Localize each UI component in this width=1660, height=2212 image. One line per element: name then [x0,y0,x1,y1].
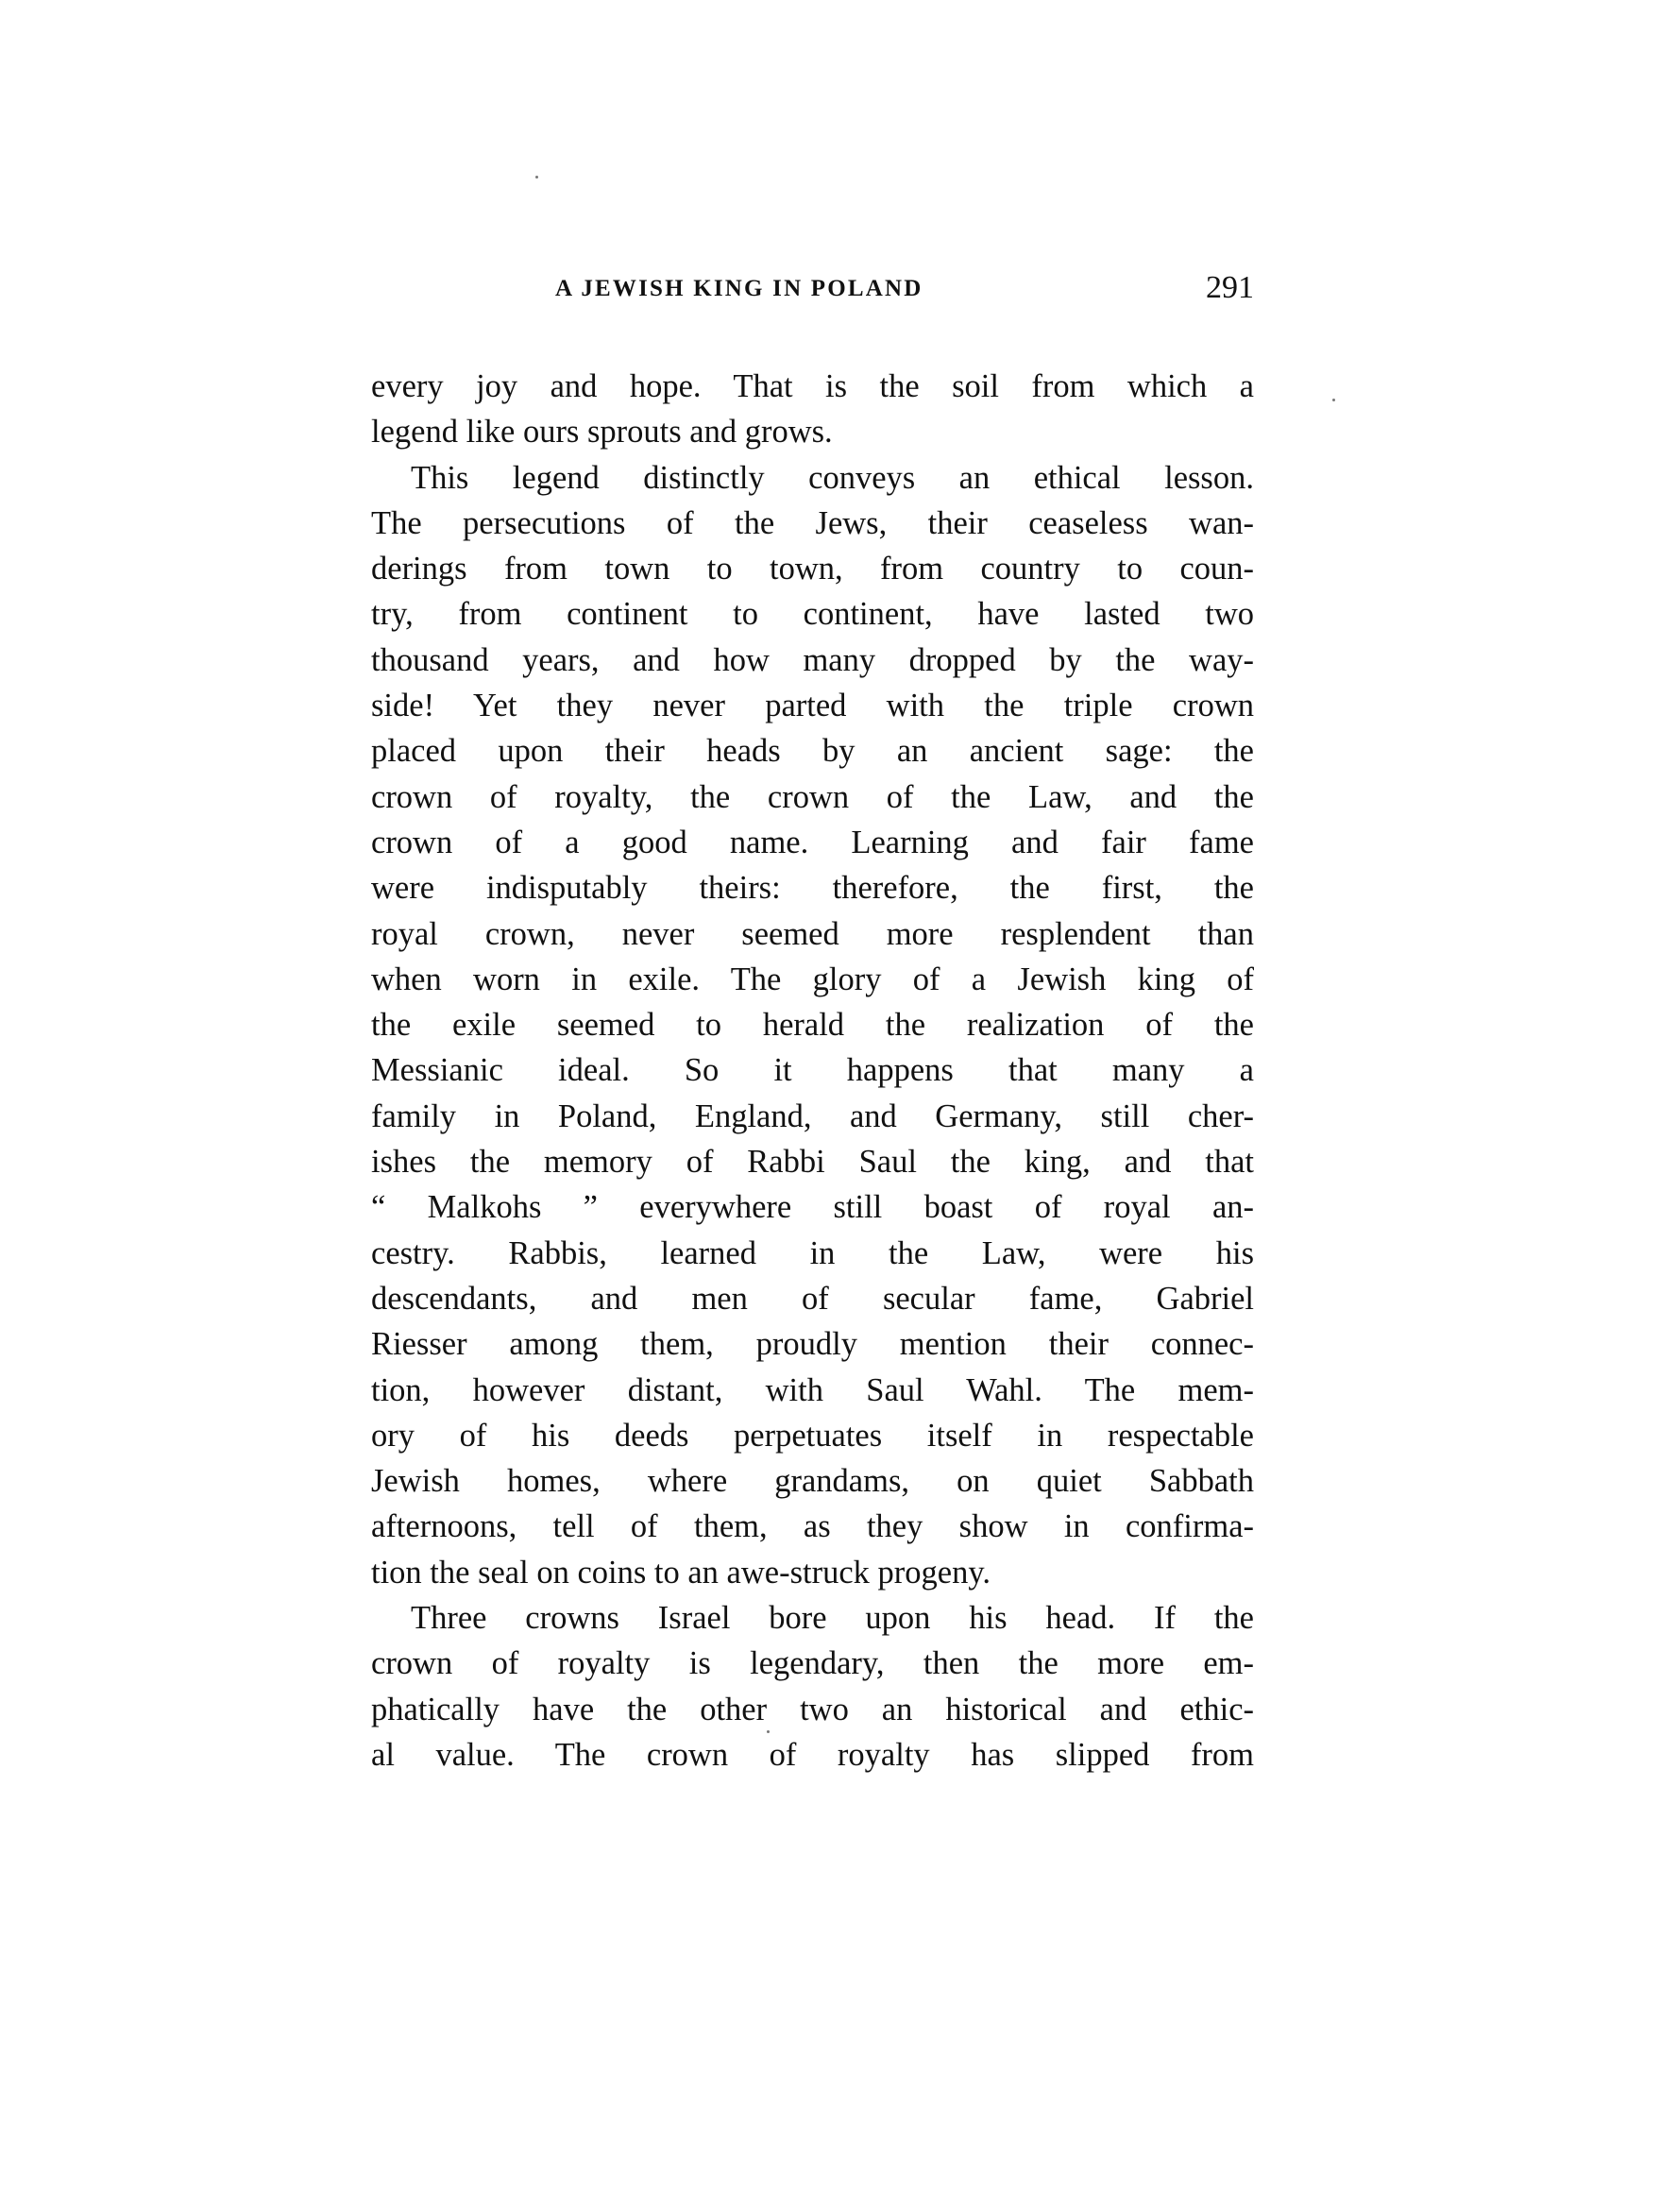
book-page: A JEWISH KING IN POLAND 291 every joy an… [0,0,1660,2212]
text-line: the exile seemed to herald the realizati… [371,1002,1254,1047]
text-line: ory of his deeds perpetuates itself in r… [371,1413,1254,1458]
running-head: A JEWISH KING IN POLAND 291 [555,276,1254,314]
text-line: This legend distinctly conveys an ethica… [371,455,1254,501]
text-line: descendants, and men of secular fame, Ga… [371,1276,1254,1321]
paragraph-2: This legend distinctly conveys an ethica… [371,455,1254,1595]
text-line: Jewish homes, where grandams, on quiet S… [371,1458,1254,1504]
text-line: side! Yet they never parted with the tri… [371,683,1254,728]
scan-speck [535,176,538,179]
body-text: every joy and hope. That is the soil fro… [371,364,1254,1778]
running-title: A JEWISH KING IN POLAND [555,276,923,302]
text-line: phatically have the other two an histori… [371,1687,1254,1732]
text-line: Messianic ideal. So it happens that many… [371,1047,1254,1093]
text-line: Riesser among them, proudly mention thei… [371,1321,1254,1367]
text-line: afternoons, tell of them, as they show i… [371,1504,1254,1549]
page-number: 291 [1206,270,1254,306]
text-line: Three crowns Israel bore upon his head. … [371,1595,1254,1641]
text-line: crown of a good name. Learning and fair … [371,820,1254,865]
text-line: “ Malkohs ” everywhere still boast of ro… [371,1184,1254,1230]
paragraph-1: every joy and hope. That is the soil fro… [371,364,1254,455]
text-line: try, from continent to continent, have l… [371,591,1254,637]
text-line: were indisputably theirs: therefore, the… [371,865,1254,910]
text-line: thousand years, and how many dropped by … [371,638,1254,683]
text-line: royal crown, never seemed more resplende… [371,911,1254,957]
text-line: cestry. Rabbis, learned in the Law, were… [371,1231,1254,1276]
paragraph-3: Three crowns Israel bore upon his head. … [371,1595,1254,1778]
text-line: derings from town to town, from country … [371,546,1254,591]
text-line: every joy and hope. That is the soil fro… [371,364,1254,409]
text-line: legend like ours sprouts and grows. [371,409,1254,454]
text-line: when worn in exile. The glory of a Jewis… [371,957,1254,1002]
text-line: The persecutions of the Jews, their ceas… [371,501,1254,546]
text-line: family in Poland, England, and Germany, … [371,1094,1254,1139]
text-line: al value. The crown of royalty has slipp… [371,1732,1254,1778]
text-line: crown of royalty is legendary, then the … [371,1641,1254,1686]
text-line: ishes the memory of Rabbi Saul the king,… [371,1139,1254,1184]
scan-speck [1332,399,1335,401]
text-line: placed upon their heads by an ancient sa… [371,728,1254,774]
text-line: crown of royalty, the crown of the Law, … [371,774,1254,820]
text-line: tion the seal on coins to an awe-struck … [371,1550,1254,1595]
text-line: tion, however distant, with Saul Wahl. T… [371,1368,1254,1413]
